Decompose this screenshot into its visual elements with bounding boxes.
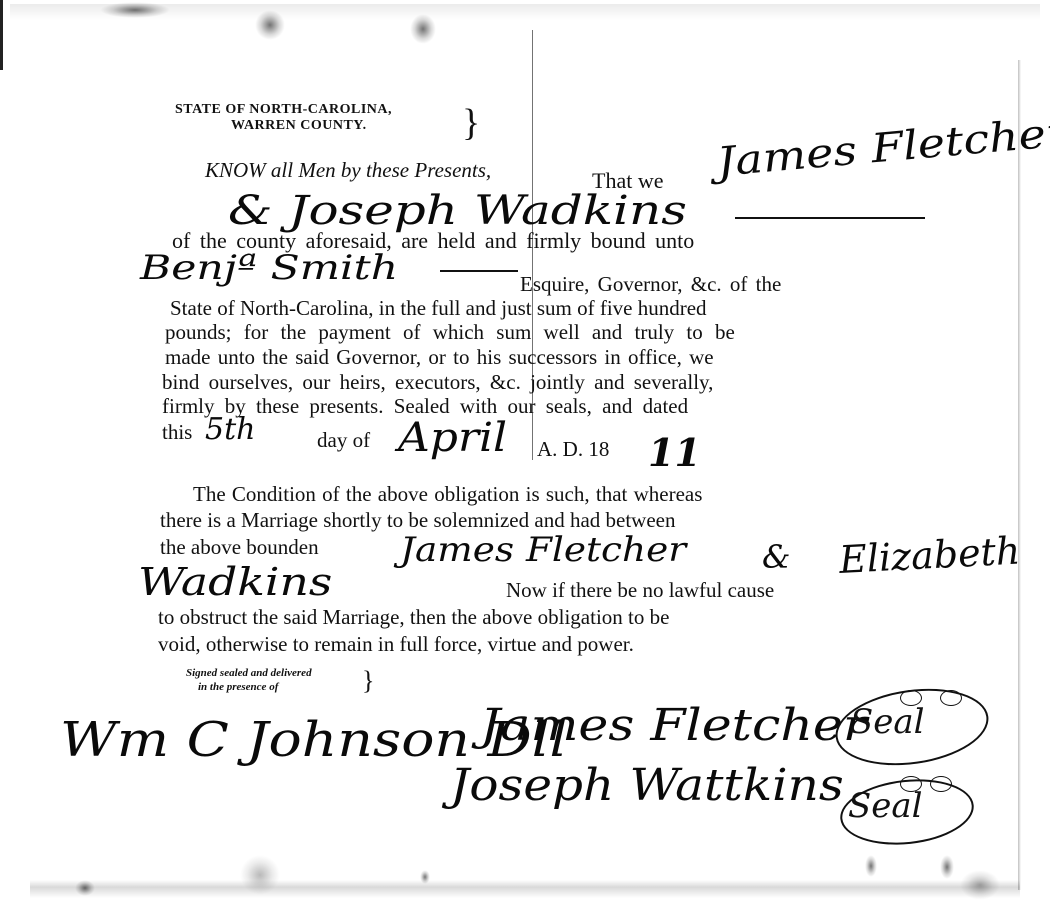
- handwritten-year: 11: [648, 430, 701, 475]
- document-header: STATE OF NORTH-CAROLINA, WARREN COUNTY.: [175, 102, 392, 134]
- header-brace: }: [462, 104, 480, 142]
- ink-smudge: [960, 870, 1000, 900]
- handwritten-month: April: [398, 415, 507, 461]
- ink-smudge: [240, 855, 280, 895]
- ink-smudge: [75, 880, 95, 896]
- bond-line-state: State of North-Carolina, in the full and…: [170, 296, 707, 321]
- bond-line-bind: bind ourselves, our heirs, executors, &c…: [162, 370, 713, 395]
- bond-line-made-unto: made unto the said Governor, or to his s…: [165, 345, 714, 370]
- header-county: WARREN COUNTY.: [175, 118, 392, 134]
- handwritten-day: 5th: [205, 412, 255, 447]
- header-state: STATE OF NORTH-CAROLINA,: [175, 102, 392, 118]
- fill-line: [440, 270, 518, 272]
- bond-line-governor: Esquire, Governor, &c. of the: [520, 272, 781, 297]
- signature-james-fletcher: James Fletcher: [480, 700, 867, 751]
- signature-joseph-wattkins: Joseph Wattkins: [450, 760, 844, 811]
- condition-line-6: void, otherwise to remain in full force,…: [158, 632, 634, 657]
- scan-edge-left: [0, 0, 3, 70]
- ink-smudge: [410, 14, 436, 44]
- ink-smudge: [865, 855, 877, 877]
- handwritten-groom-name: James Fletcher: [400, 530, 686, 570]
- bond-day-of: day of: [317, 428, 370, 453]
- ink-smudge: [100, 2, 170, 18]
- condition-line-4: Now if there be no lawful cause: [506, 578, 774, 603]
- scanned-marriage-bond-page: STATE OF NORTH-CAROLINA, WARREN COUNTY. …: [0, 0, 1050, 915]
- bond-line-pounds: pounds; for the payment of which sum wel…: [165, 320, 735, 345]
- condition-line-3: the above bounden: [160, 535, 319, 560]
- handwritten-ampersand: &: [762, 538, 790, 576]
- handwritten-principal-name: James Fletcher: [715, 109, 1050, 185]
- scan-edge-bottom: [30, 880, 1020, 898]
- ink-smudge: [940, 855, 954, 879]
- ink-smudge: [420, 870, 430, 884]
- condition-line-5: to obstruct the said Marriage, then the …: [158, 605, 669, 630]
- handwritten-bride-last-name: Wadkins: [138, 560, 332, 604]
- condition-line-1: The Condition of the above obligation is…: [193, 482, 702, 507]
- attestation-in-presence: in the presence of: [198, 681, 278, 694]
- ink-smudge: [255, 10, 285, 40]
- attestation-signed-sealed: Signed sealed and delivered: [186, 667, 312, 680]
- bond-anno-domini: A. D. 18: [537, 437, 609, 462]
- handwritten-governor-name: Benjª Smith: [140, 248, 398, 288]
- handwritten-bride-first-name: Elizabeth: [838, 529, 1021, 582]
- bond-intro-italic: KNOW all Men by these Presents,: [205, 158, 491, 183]
- attestation-brace: }: [362, 668, 374, 694]
- bond-this: this: [162, 420, 192, 445]
- fill-line: [735, 217, 925, 219]
- scan-edge-right: [1018, 60, 1021, 890]
